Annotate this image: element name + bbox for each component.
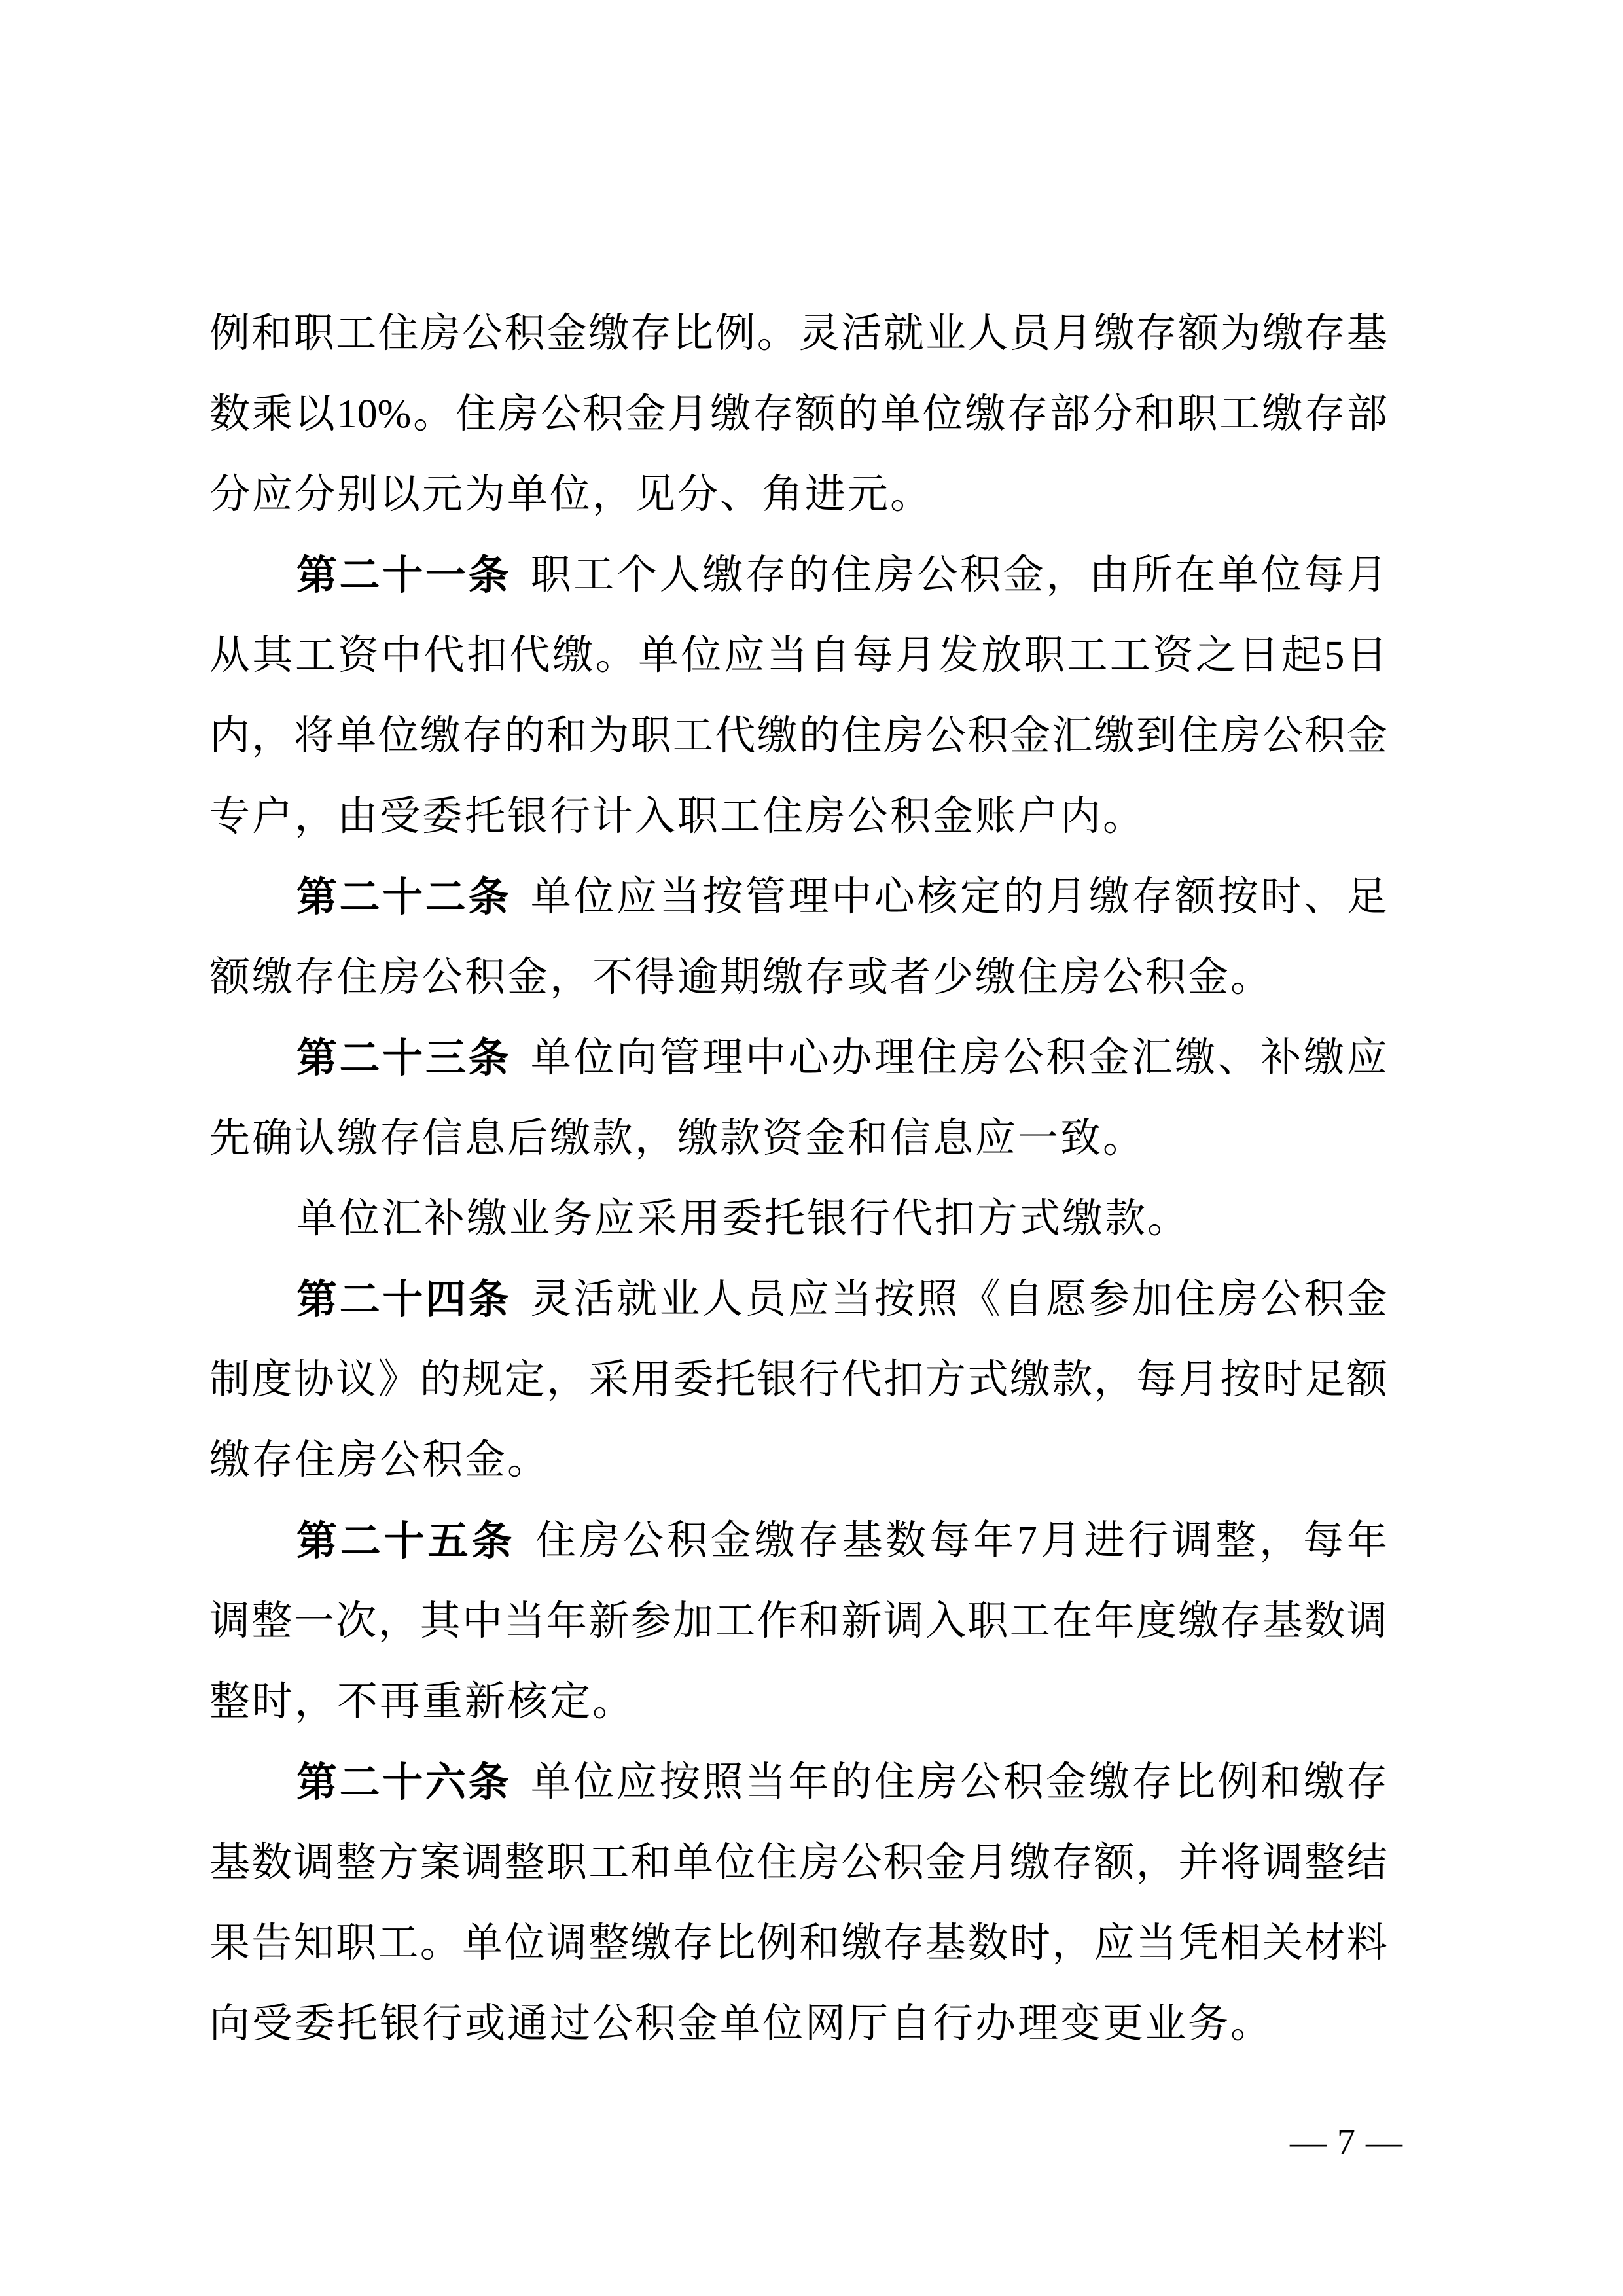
- text-token: 方: [378, 1823, 418, 1903]
- text-token: 中: [462, 1581, 503, 1662]
- text-token: 就: [616, 1260, 657, 1340]
- footer-dash-left: —: [1290, 2122, 1327, 2163]
- text-token: 为: [1221, 294, 1261, 374]
- text-token: 年: [1094, 1581, 1135, 1662]
- text-token: 房: [917, 1742, 957, 1823]
- text-token: 工: [1067, 616, 1107, 696]
- text-token: 托: [715, 1340, 755, 1421]
- text-token: 的: [788, 535, 829, 616]
- text-line: 专户，由受委托银行计入职工住房公积金账户内。: [209, 777, 1387, 857]
- text-line: 从其工资中代扣代缴。单位应当自每月发放职工工资之日起5日: [209, 616, 1387, 696]
- text-line: 缴存住房公积金。: [209, 1421, 1387, 1501]
- text-token: 缴: [1304, 1742, 1344, 1823]
- text-token: 数: [251, 1823, 292, 1903]
- text-line: 单位汇补缴业务应采用委托银行代扣方式缴款。: [209, 1179, 1387, 1260]
- text-token: 参: [631, 1581, 671, 1662]
- text-token: 位: [573, 1742, 614, 1823]
- article-number-char: 第: [296, 1260, 337, 1340]
- text-token: 公: [1003, 1018, 1044, 1099]
- text-token: ，: [1136, 1823, 1177, 1903]
- text-token: 和: [631, 1823, 671, 1903]
- text-token: 积: [883, 1823, 924, 1903]
- text-line: 内，将单位缴存的和为职工代缴的住房公积金汇缴到住房公积金: [209, 696, 1387, 777]
- text-token: 调: [294, 1823, 334, 1903]
- page-number: 7: [1337, 2122, 1355, 2163]
- text-token: 存: [1347, 1742, 1387, 1823]
- text-line: 基数调整方案调整职工和单位住房公积金月缴存额，并将调整结: [209, 1823, 1387, 1903]
- text-token: 例: [757, 1903, 798, 1984]
- text-token: 公: [623, 1501, 664, 1581]
- text-token: 式: [967, 1340, 1008, 1421]
- footer-dash-right: —: [1366, 2122, 1402, 2163]
- text-token: 工: [1110, 616, 1150, 696]
- text-token: 资: [338, 616, 379, 696]
- text-token: 到: [1136, 696, 1177, 777]
- text-token: 、: [1304, 857, 1344, 938]
- text-token: 银: [757, 1340, 798, 1421]
- text-token: 例: [209, 294, 250, 374]
- text-token: 房: [1218, 1260, 1258, 1340]
- text-token: 《: [960, 1260, 1001, 1340]
- text-token: 缴: [702, 535, 743, 616]
- text-token: 每: [1303, 1501, 1344, 1581]
- text-token: 核: [917, 857, 957, 938]
- text-token: 比: [673, 294, 713, 374]
- article-number-char: 十: [382, 535, 423, 616]
- text-line: 额缴存住房公积金，不得逾期缴存或者少缴住房公积金。: [209, 938, 1387, 1018]
- text-token: 金: [1347, 696, 1387, 777]
- text-token: 放: [981, 616, 1022, 696]
- text-token: 房: [874, 535, 915, 616]
- text-token: 定: [960, 857, 1001, 938]
- text-token: 住: [917, 1018, 957, 1099]
- text-token: 单: [531, 857, 571, 938]
- text-token: 就: [883, 294, 924, 374]
- text-token: 存: [1304, 374, 1345, 455]
- text-token: 缴: [420, 696, 461, 777]
- text-token: 为: [588, 696, 629, 777]
- text-token: 补: [1260, 1018, 1301, 1099]
- text-token: 汇: [1052, 696, 1092, 777]
- text-token: 次: [336, 1581, 376, 1662]
- text-token: 加: [1132, 1260, 1172, 1340]
- text-token: 位: [505, 1903, 545, 1984]
- text-token: 照: [702, 1742, 743, 1823]
- text-token: 房: [1221, 696, 1261, 777]
- text-token: 积: [1304, 696, 1345, 777]
- text-token: 业: [925, 294, 966, 374]
- text-token: 业: [660, 1260, 700, 1340]
- text-token: 金: [1046, 1742, 1086, 1823]
- text-token: 公: [1260, 1260, 1301, 1340]
- text-token: 位: [715, 1823, 755, 1903]
- text-token: 缴: [1178, 1581, 1219, 1662]
- text-token: 按: [660, 1742, 700, 1823]
- text-token: 职: [1177, 374, 1218, 455]
- article-number-char: 二: [340, 1742, 380, 1823]
- text-line: 例和职工住房公积金缴存比例。灵活就业人员月缴存额为缴存基: [209, 294, 1387, 374]
- article-number-char: 条: [469, 1260, 509, 1340]
- text-token: 的: [420, 1340, 461, 1421]
- text-token: 住: [831, 535, 872, 616]
- text-token: 将: [294, 696, 334, 777]
- text-token: 缴: [588, 294, 629, 374]
- text-token: 职: [531, 535, 571, 616]
- text-token: 方: [925, 1340, 966, 1421]
- text-token: 缴: [552, 616, 593, 696]
- text-token: 时: [1260, 857, 1301, 938]
- document-body: 例和职工住房公积金缴存比例。灵活就业人员月缴存额为缴存基数乘以10%。住房公积金…: [209, 294, 1387, 2064]
- text-token: ，: [1094, 1340, 1135, 1421]
- text-token: 关: [1262, 1903, 1303, 1984]
- text-token: 和: [1135, 374, 1175, 455]
- text-token: 知: [294, 1903, 334, 1984]
- text-token: 缴: [1094, 294, 1135, 374]
- text-token: 汇: [1132, 1018, 1172, 1099]
- text-token: 足: [1304, 1340, 1345, 1421]
- text-token: 自: [810, 616, 850, 696]
- article-number-char: 条: [469, 857, 509, 938]
- text-token: 位: [573, 857, 614, 938]
- text-token: 公: [925, 696, 966, 777]
- text-token: 告: [251, 1903, 292, 1984]
- article-number-char: 十: [384, 1501, 425, 1581]
- text-token: 当: [767, 616, 808, 696]
- text-token: 存: [1132, 1742, 1172, 1823]
- text-line: 制度协议》的规定，采用委托银行代扣方式缴款，每月按时足额: [209, 1340, 1387, 1421]
- text-token: 代: [715, 696, 755, 777]
- text-token: 的: [838, 374, 878, 455]
- text-token: 并: [1178, 1823, 1219, 1903]
- text-token: 缴: [1010, 1340, 1050, 1421]
- text-token: 每: [1304, 535, 1344, 616]
- text-token: 个: [616, 535, 657, 616]
- article-number-char: 四: [425, 1260, 466, 1340]
- text-token: 新: [588, 1581, 629, 1662]
- text-token: 办: [831, 1018, 872, 1099]
- text-token: 行: [1128, 1501, 1168, 1581]
- text-token: 位: [922, 374, 963, 455]
- text-token: 理: [702, 1018, 743, 1099]
- text-token: 照: [917, 1260, 957, 1340]
- text-line: 第二十六条单位应按照当年的住房公积金缴存比例和缴存: [209, 1742, 1387, 1823]
- article-number-char: 十: [382, 1018, 423, 1099]
- text-line: 数乘以10%。住房公积金月缴存额的单位缴存部分和职工缴存部: [209, 374, 1387, 455]
- text-token: 工: [715, 1581, 755, 1662]
- text-line: 第二十三条单位向管理中心办理住房公积金汇缴、补缴应: [209, 1018, 1387, 1099]
- text-token: 灵: [531, 1260, 571, 1340]
- text-token: 当: [505, 1581, 545, 1662]
- text-token: 乘: [252, 374, 293, 455]
- text-token: 工: [378, 1903, 418, 1984]
- text-token: 日: [1347, 616, 1387, 696]
- text-token: 缴: [1175, 1018, 1215, 1099]
- text-token: 在: [1052, 1581, 1092, 1662]
- text-token: 积: [1046, 1018, 1086, 1099]
- text-token: 中: [831, 857, 872, 938]
- text-token: 理: [788, 857, 829, 938]
- text-token: 存: [631, 294, 671, 374]
- text-token: ，: [546, 1340, 587, 1421]
- text-token: 向: [616, 1018, 657, 1099]
- text-token: 委: [673, 1340, 713, 1421]
- text-token: 从: [209, 616, 250, 696]
- text-line: 第二十五条住房公积金缴存基数每年7月进行调整，每年: [209, 1501, 1387, 1581]
- text-token: 位: [573, 1018, 614, 1099]
- text-token: 基: [1262, 1581, 1303, 1662]
- text-token: 人: [660, 535, 700, 616]
- text-token: 房: [420, 294, 461, 374]
- article-number-char: 第: [296, 1501, 337, 1581]
- text-token: 起: [1281, 616, 1322, 696]
- page-footer: — 7 —: [1290, 2122, 1402, 2163]
- text-token: 整: [588, 1903, 629, 1984]
- text-token: 单: [336, 696, 376, 777]
- text-token: 缴: [841, 1903, 882, 1984]
- text-token: 数: [209, 374, 250, 455]
- text-token: 金: [925, 1823, 966, 1903]
- text-token: 住: [1175, 1260, 1215, 1340]
- text-token: 的: [799, 696, 840, 777]
- text-token: 规: [462, 1340, 503, 1421]
- text-token: 管: [660, 1018, 700, 1099]
- text-token: 当: [1136, 1903, 1177, 1984]
- text-token: 相: [1221, 1903, 1261, 1984]
- text-token: 单: [531, 1018, 571, 1099]
- text-token: 7: [1017, 1501, 1037, 1581]
- text-token: 应: [616, 1742, 657, 1823]
- text-line: 调整一次，其中当年新参加工作和新调入职工在年度缴存基数调: [209, 1581, 1387, 1662]
- text-token: ，: [1052, 1903, 1092, 1984]
- text-token: 住: [1178, 696, 1219, 777]
- text-token: 应: [788, 1260, 829, 1340]
- text-token: 公: [462, 294, 503, 374]
- text-token: 月: [1052, 294, 1092, 374]
- text-token: 足: [1347, 857, 1387, 938]
- text-token: 职: [1024, 616, 1065, 696]
- text-token: 年: [546, 1581, 587, 1662]
- text-token: 和: [799, 1581, 840, 1662]
- text-token: 缴: [1010, 1823, 1050, 1903]
- text-token: 。: [757, 294, 798, 374]
- text-token: 按: [702, 857, 743, 938]
- text-line: 果告知职工。单位调整缴存比例和缴存基数时，应当凭相关材料: [209, 1903, 1387, 1984]
- text-token: 月: [967, 1823, 1008, 1903]
- text-token: 缴: [757, 696, 798, 777]
- text-token: 时: [1010, 1903, 1050, 1984]
- text-token: 职: [967, 1581, 1008, 1662]
- text-token: 位: [378, 696, 418, 777]
- article-number-char: 二: [425, 857, 466, 938]
- text-token: 》: [378, 1340, 418, 1421]
- text-token: ，: [1259, 1501, 1300, 1581]
- text-token: 灵: [799, 294, 840, 374]
- article-number-char: 一: [425, 535, 466, 616]
- text-token: 果: [209, 1903, 250, 1984]
- text-token: 人: [967, 294, 1008, 374]
- text-token: 存: [1132, 857, 1172, 938]
- article-number-char: 六: [425, 1742, 466, 1823]
- text-token: 部: [1050, 374, 1090, 455]
- text-token: 住: [874, 1742, 915, 1823]
- text-token: 将: [1221, 1823, 1261, 1903]
- article-number-char: 第: [296, 535, 337, 616]
- text-token: 调: [546, 1903, 587, 1984]
- article-number-char: 第: [296, 1018, 337, 1099]
- text-token: 材: [1304, 1903, 1345, 1984]
- text-token: 缴: [1094, 696, 1135, 777]
- text-token: 例: [1218, 1742, 1258, 1823]
- text-token: 单: [462, 1903, 503, 1984]
- text-token: 资: [1152, 616, 1193, 696]
- text-token: 月: [1347, 535, 1387, 616]
- text-token: 活: [841, 294, 882, 374]
- text-token: 发: [938, 616, 979, 696]
- article-number-char: 三: [425, 1018, 466, 1099]
- text-token: 例: [715, 294, 755, 374]
- text-token: 房: [960, 1018, 1001, 1099]
- text-token: 存: [1221, 1581, 1261, 1662]
- text-token: 整: [336, 1823, 376, 1903]
- text-token: 存: [1052, 1823, 1092, 1903]
- text-line: 第二十四条灵活就业人员应当按照《自愿参加住房公积金: [209, 1260, 1387, 1340]
- text-token: 存: [673, 1903, 713, 1984]
- text-token: 中: [381, 616, 421, 696]
- text-line: 先确认缴存信息后缴款，缴款资金和信息应一致。: [209, 1099, 1387, 1179]
- text-token: 进: [1084, 1501, 1125, 1581]
- text-token: 基: [925, 1903, 966, 1984]
- text-token: 月: [668, 374, 708, 455]
- text-token: 工: [588, 1823, 629, 1903]
- text-token: 缴: [755, 1501, 795, 1581]
- text-token: 月: [1178, 1340, 1219, 1421]
- text-token: 积: [960, 535, 1001, 616]
- text-token: 扣: [467, 616, 507, 696]
- text-token: 金: [1003, 535, 1044, 616]
- text-token: 额: [1178, 294, 1219, 374]
- text-token: 缴: [1089, 1742, 1130, 1823]
- article-number-char: 五: [428, 1501, 469, 1581]
- text-token: 。: [420, 1903, 461, 1984]
- text-token: 按: [1221, 1340, 1261, 1421]
- text-token: 房: [579, 1501, 620, 1581]
- text-token: 积: [1003, 1742, 1044, 1823]
- text-token: 应: [616, 857, 657, 938]
- text-token: 10%: [337, 374, 412, 455]
- text-token: 住: [841, 696, 882, 777]
- article-number-char: 十: [382, 1260, 423, 1340]
- text-token: 入: [925, 1581, 966, 1662]
- text-token: 金: [1089, 1018, 1130, 1099]
- text-token: 应: [1347, 1018, 1387, 1099]
- text-token: 额: [1347, 1340, 1387, 1421]
- text-token: 整: [251, 1581, 292, 1662]
- text-token: 比: [1175, 1742, 1215, 1823]
- text-token: 工: [573, 535, 614, 616]
- text-token: 心: [874, 857, 915, 938]
- text-token: 积: [505, 294, 545, 374]
- text-token: 度: [1136, 1581, 1177, 1662]
- text-token: 职: [294, 294, 334, 374]
- text-token: 所: [1132, 535, 1172, 616]
- text-token: 数: [885, 1501, 926, 1581]
- article-number-char: 第: [296, 1742, 337, 1823]
- text-token: 职: [631, 696, 671, 777]
- text-token: 议: [336, 1340, 376, 1421]
- text-token: 在: [1175, 535, 1215, 616]
- article-number-char: 二: [340, 1501, 381, 1581]
- text-token: 一: [294, 1581, 334, 1662]
- text-token: 额: [1175, 857, 1215, 938]
- text-line: 向受委托银行或通过公积金单位网厅自行办理变更业务。: [209, 1984, 1387, 2064]
- text-token: 中: [745, 1018, 786, 1099]
- text-token: 数: [967, 1903, 1008, 1984]
- text-token: 每: [853, 616, 893, 696]
- text-line: 整时，不再重新核定。: [209, 1662, 1387, 1742]
- text-token: 职: [336, 1903, 376, 1984]
- text-token: 住: [378, 294, 418, 374]
- text-token: 和: [251, 294, 292, 374]
- text-token: 加: [673, 1581, 713, 1662]
- text-token: 整: [505, 1823, 545, 1903]
- text-token: 住: [535, 1501, 576, 1581]
- text-token: 数: [1304, 1581, 1345, 1662]
- document-page: 例和职工住房公积金缴存比例。灵活就业人员月缴存额为缴存基数乘以10%。住房公积金…: [0, 0, 1623, 2296]
- text-token: ，: [1046, 535, 1086, 616]
- text-token: 缴: [1089, 857, 1130, 938]
- text-token: 凭: [1178, 1903, 1219, 1984]
- text-token: 应: [724, 616, 764, 696]
- text-token: 管: [745, 857, 786, 938]
- text-token: 位: [681, 616, 722, 696]
- text-token: 按: [874, 1260, 915, 1340]
- text-token: 金: [1347, 1260, 1387, 1340]
- text-token: 、: [1218, 1018, 1258, 1099]
- text-token: 之: [1196, 616, 1236, 696]
- text-token: 比: [715, 1903, 755, 1984]
- text-token: 月: [895, 616, 936, 696]
- text-token: 公: [541, 374, 581, 455]
- text-token: 金: [1010, 696, 1050, 777]
- text-token: 整: [1304, 1823, 1345, 1903]
- text-token: 的: [831, 1742, 872, 1823]
- text-line: 分应分别以元为单位，见分、角进元。: [209, 455, 1387, 535]
- text-token: 积: [583, 374, 624, 455]
- text-token: 行: [799, 1340, 840, 1421]
- text-token: 部: [1347, 374, 1387, 455]
- text-token: 其: [420, 1581, 461, 1662]
- text-token: 人: [702, 1260, 743, 1340]
- text-token: 位: [1260, 535, 1301, 616]
- text-token: 工: [295, 616, 336, 696]
- text-token: 调: [209, 1581, 250, 1662]
- text-token: 缴: [1262, 294, 1303, 374]
- text-token: 存: [745, 535, 786, 616]
- text-token: 员: [745, 1260, 786, 1340]
- text-token: 单: [880, 374, 921, 455]
- text-token: 愿: [1046, 1260, 1086, 1340]
- text-token: 调: [1262, 1823, 1303, 1903]
- text-token: 款: [1052, 1340, 1092, 1421]
- text-token: 料: [1347, 1903, 1387, 1984]
- text-token: 用: [631, 1340, 671, 1421]
- text-token: 每: [929, 1501, 970, 1581]
- text-token: 活: [573, 1260, 614, 1340]
- text-token: 缴: [710, 374, 751, 455]
- text-token: 基: [1347, 294, 1387, 374]
- text-token: 公: [917, 535, 957, 616]
- text-token: 度: [251, 1340, 292, 1421]
